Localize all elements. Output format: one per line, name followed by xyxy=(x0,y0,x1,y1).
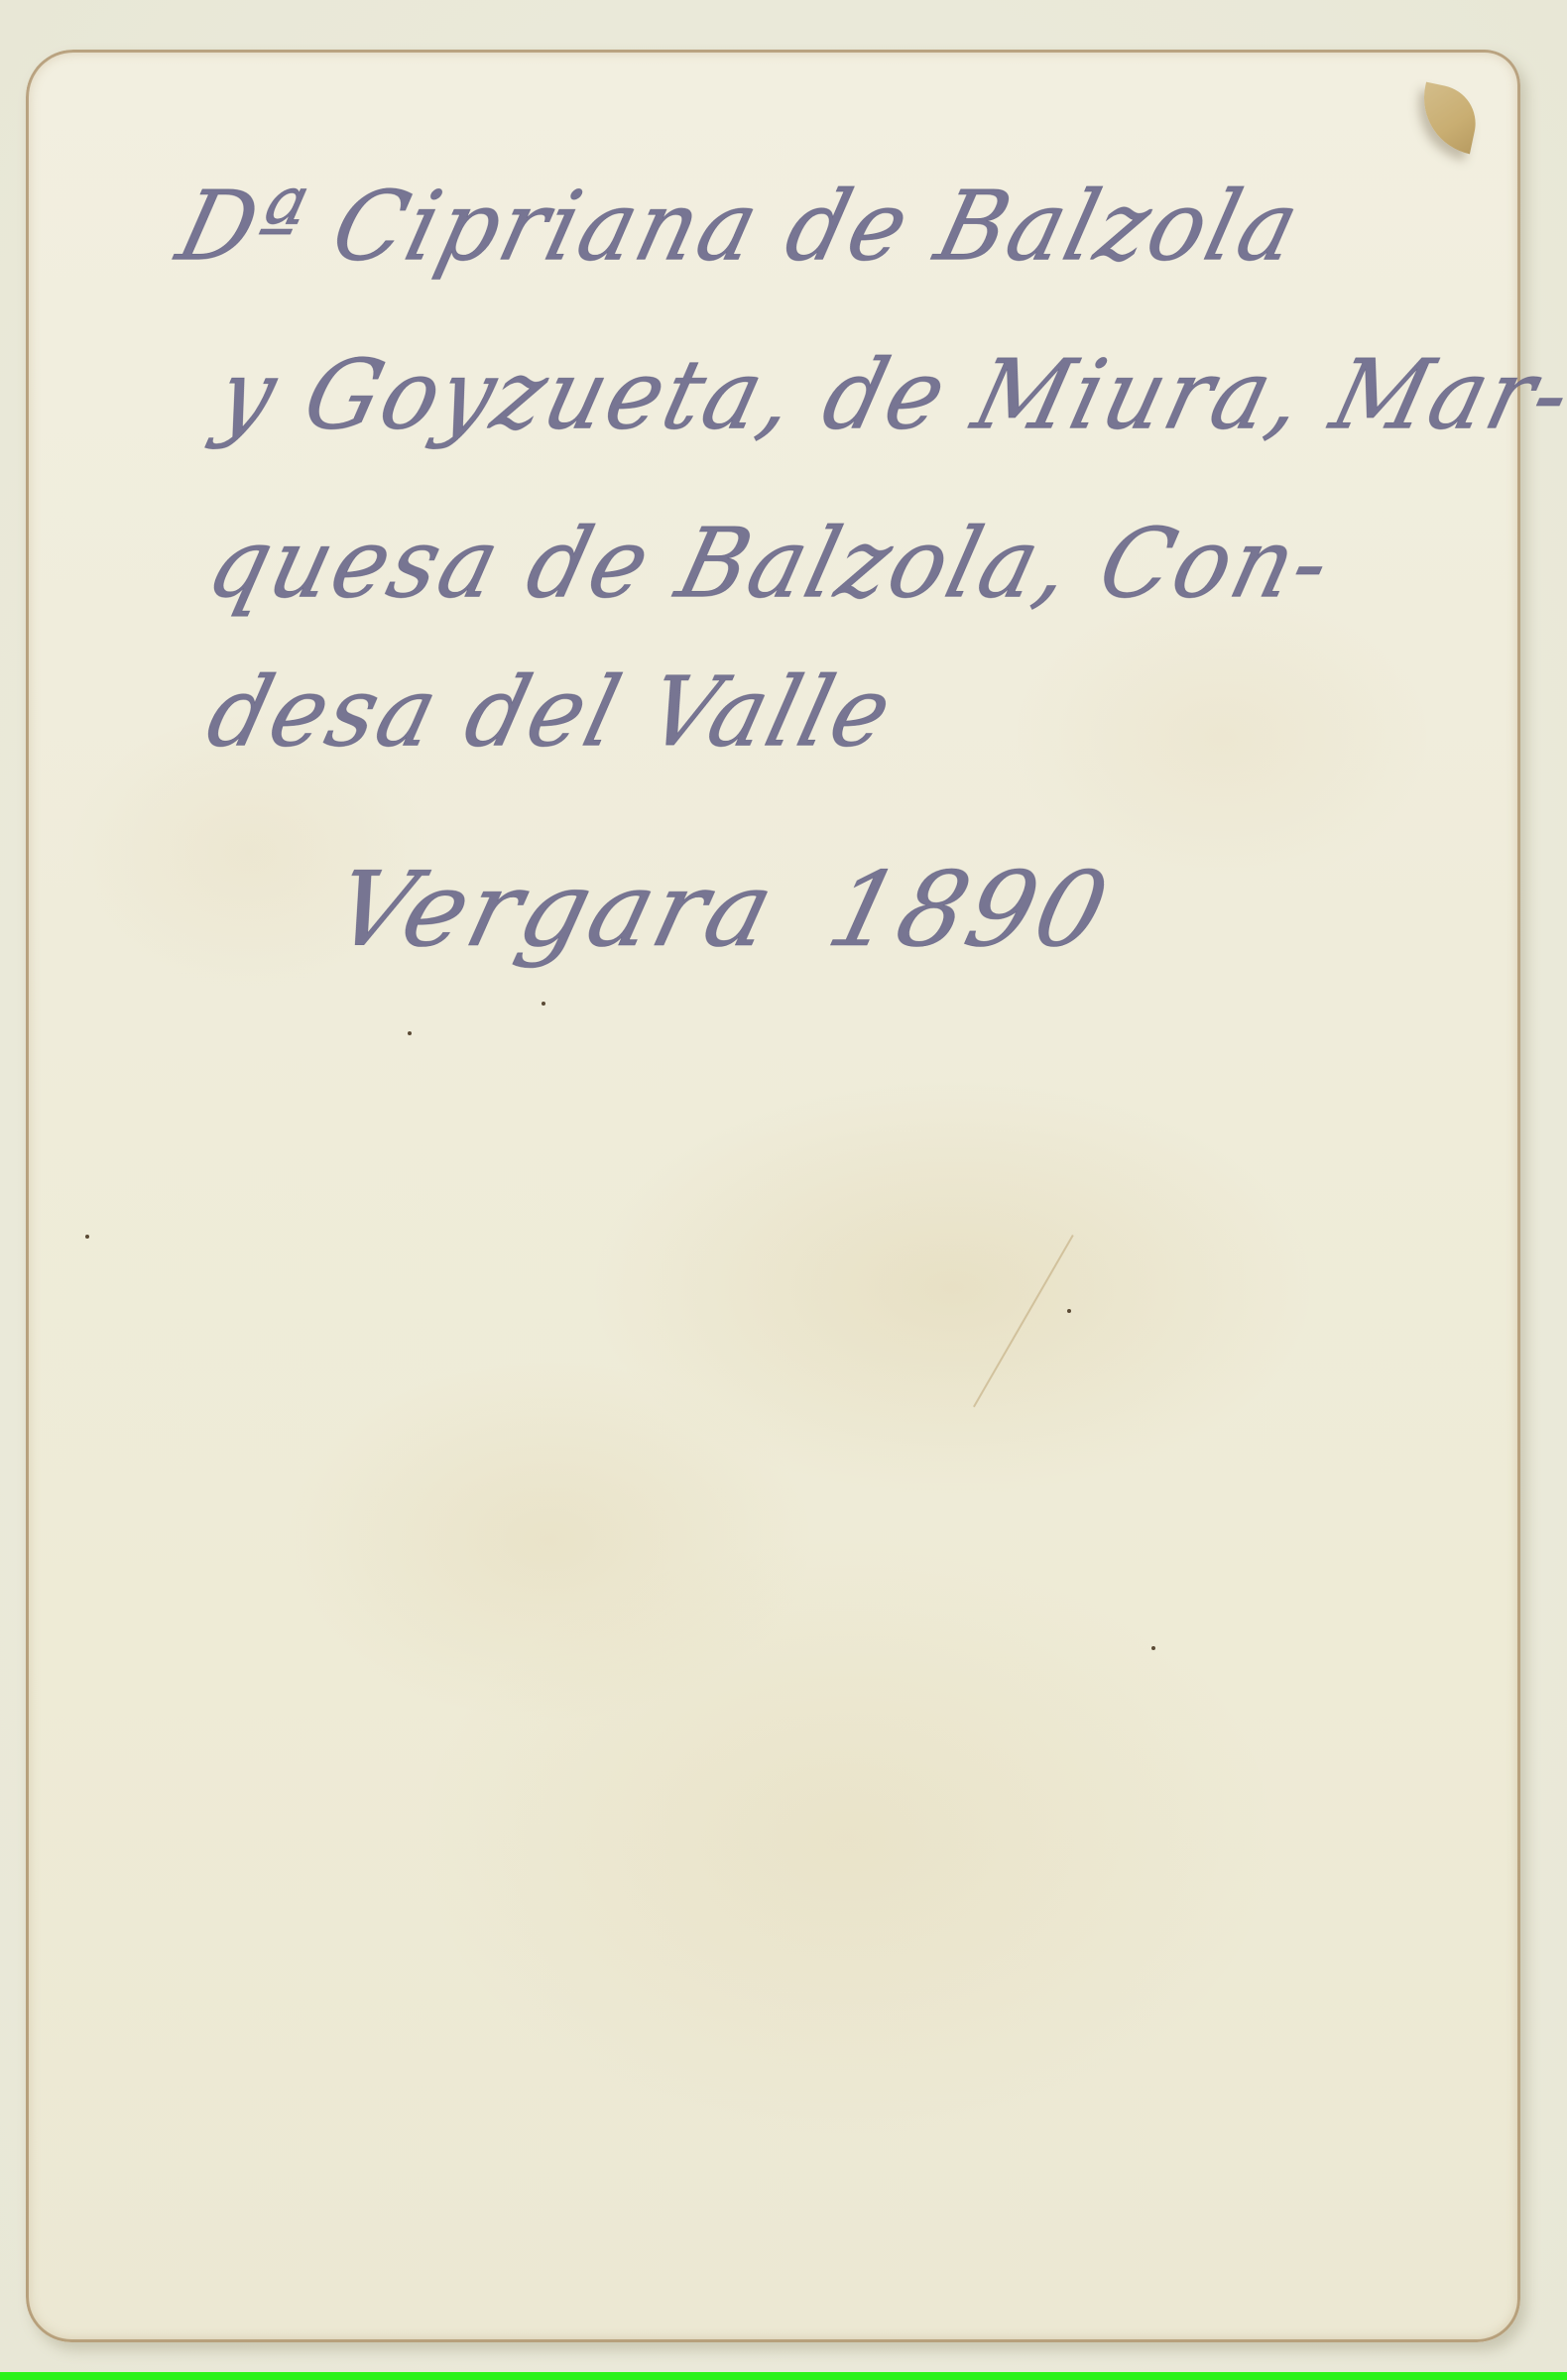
torn-corner xyxy=(1413,82,1483,155)
foxing-spot xyxy=(408,1031,412,1035)
place-and-date: Vergara1890 xyxy=(325,858,1120,961)
photo-card-back: Dª Cipriana de Balzola y Goyzueta, de Mi… xyxy=(26,50,1520,2342)
bottom-color-bar xyxy=(0,2372,1567,2380)
inscription-line-1: Dª Cipriana de Balzola xyxy=(170,178,1310,275)
inscription-line-3: quesa de Balzola, Con- xyxy=(199,516,1341,612)
inscription-line-4: desa del Valle xyxy=(199,664,903,761)
foxing-spot xyxy=(1067,1309,1071,1313)
foxing-spot xyxy=(1151,1646,1155,1650)
foxing-spot xyxy=(542,1002,545,1006)
place-name: Vergara xyxy=(323,849,788,970)
inscription-line-2: y Goyzueta, de Miura, Mar- xyxy=(209,347,1567,443)
paper-crease xyxy=(973,1235,1074,1407)
year: 1890 xyxy=(817,849,1122,970)
foxing-spot xyxy=(85,1235,89,1239)
